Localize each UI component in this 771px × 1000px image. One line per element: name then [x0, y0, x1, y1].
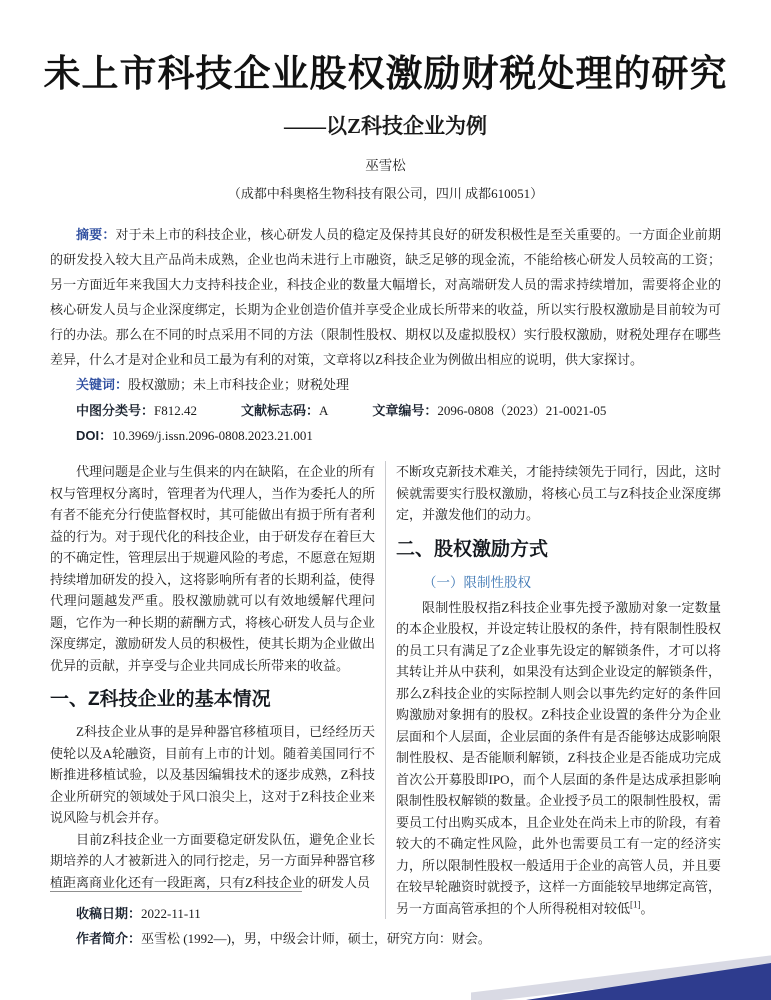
abstract-label: 摘要： — [76, 227, 116, 242]
section2-heading: 二、股权激励方式 — [396, 538, 721, 562]
author-affiliation: （成都中科奥格生物科技有限公司，四川 成都610051） — [0, 183, 771, 202]
paper-header: 未上市科技企业股权激励财税处理的研究 ——以Z科技企业为例 巫雪松 （成都中科奥… — [0, 52, 771, 202]
section1-heading: 一、Z科技企业的基本情况 — [50, 688, 375, 712]
section1-paragraph-1: Z科技企业从事的是异种器官移植项目，已经经历天使轮以及A轮融资，目前有上市的计划… — [50, 721, 375, 829]
body-columns: 代理问题是企业与生俱来的内在缺陷，在企业的所有权与管理权分离时，管理者为代理人，… — [50, 461, 721, 919]
right-column: 不断攻克新技术难关，才能持续领先于同行，因此，这时候就需要实行股权激励，将核心员… — [396, 461, 721, 919]
received-date-label: 收稿日期： — [76, 906, 141, 921]
classification-line: 中图分类号：F812.42文献标志码：A文章编号：2096-0808（2023）… — [50, 398, 721, 423]
doc-code-label: 文献标志码： — [241, 403, 319, 418]
keywords: 关键词：股权激励；未上市科技企业；财税处理 — [50, 372, 721, 397]
section2-subheading-1: （一）限制性股权 — [396, 571, 721, 595]
doi-line: DOI：10.3969/j.issn.2096-0808.2023.21.001 — [50, 423, 721, 448]
doi-label: DOI： — [76, 428, 112, 443]
abstract: 摘要：对于未上市的科技企业，核心研发人员的稳定及保持其良好的研发积极性是至关重要… — [50, 222, 721, 372]
paper-page: 未上市科技企业股权激励财税处理的研究 ——以Z科技企业为例 巫雪松 （成都中科奥… — [0, 0, 771, 1000]
clc-label: 中图分类号： — [76, 403, 154, 418]
received-date-value: 2022-11-11 — [141, 906, 201, 921]
author-bio-line: 作者简介：巫雪松 (1992—)，男，中级会计师，硕士，研究方向：财会。 — [50, 927, 721, 952]
abstract-text: 对于未上市的科技企业，核心研发人员的稳定及保持其良好的研发积极性是至关重要的。一… — [50, 227, 721, 367]
keywords-label: 关键词： — [76, 377, 128, 392]
paper-title: 未上市科技企业股权激励财税处理的研究 — [40, 52, 731, 96]
meta-block: 摘要：对于未上市的科技企业，核心研发人员的稳定及保持其良好的研发积极性是至关重要… — [50, 222, 721, 448]
footnote-divider — [50, 891, 302, 892]
left-column: 代理问题是企业与生俱来的内在缺陷，在企业的所有权与管理权分离时，管理者为代理人，… — [50, 461, 375, 919]
section1-paragraph-2: 目前Z科技企业一方面要稳定研发队伍，避免企业长期培养的人才被新进入的同行挖走，另… — [50, 829, 375, 894]
article-no-value: 2096-0808（2023）21-0021-05 — [437, 403, 606, 418]
keywords-text: 股权激励；未上市科技企业；财税处理 — [128, 377, 349, 392]
doi-value: 10.3969/j.issn.2096-0808.2023.21.001 — [112, 428, 313, 443]
doc-code-value: A — [319, 403, 328, 418]
section2-paragraph-1: 限制性股权指Z科技企业事先授予激励对象一定数量的本企业股权，并设定转让股权的条件… — [396, 597, 721, 920]
article-no-label: 文章编号： — [372, 403, 437, 418]
intro-paragraph: 代理问题是企业与生俱来的内在缺陷，在企业的所有权与管理权分离时，管理者为代理人，… — [50, 461, 375, 676]
section2-paragraph-1-text: 限制性股权指Z科技企业事先授予激励对象一定数量的本企业股权，并设定转让股权的条件… — [396, 600, 721, 916]
author-bio-label: 作者简介： — [76, 931, 141, 946]
footnote-block: 收稿日期：2022-11-11 作者简介：巫雪松 (1992—)，男，中级会计师… — [50, 891, 721, 951]
paper-subtitle: ——以Z科技企业为例 — [0, 110, 771, 140]
column-divider — [385, 461, 386, 919]
clc-value: F812.42 — [154, 403, 197, 418]
received-date-line: 收稿日期：2022-11-11 — [50, 902, 721, 927]
author-name: 巫雪松 — [0, 154, 771, 174]
section1-paragraph-2-continued: 不断攻克新技术难关，才能持续领先于同行，因此，这时候就需要实行股权激励，将核心员… — [396, 461, 721, 526]
author-bio-value: 巫雪松 (1992—)，男，中级会计师，硕士，研究方向：财会。 — [141, 931, 491, 946]
